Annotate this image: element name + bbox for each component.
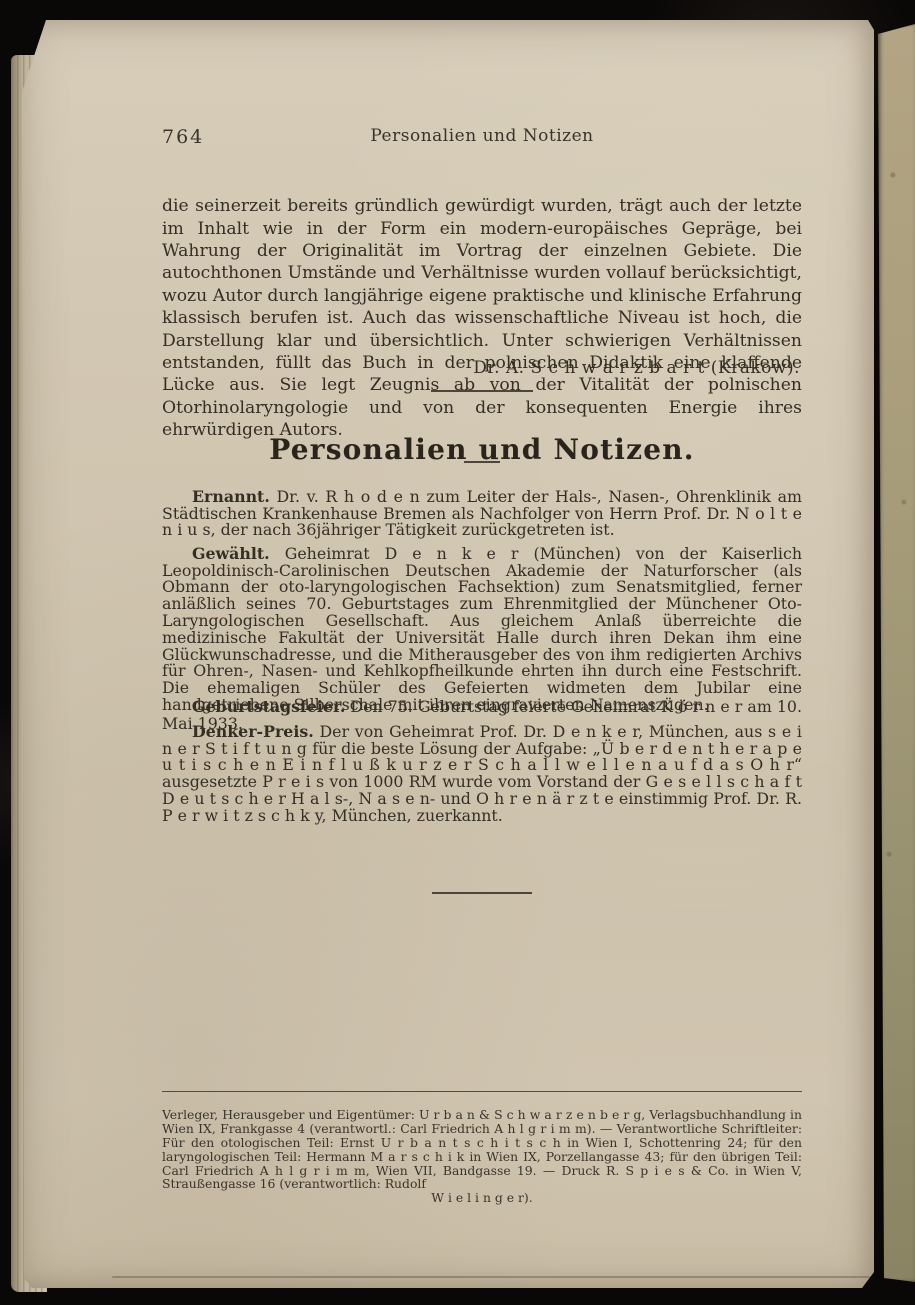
colophon-text: Verleger, Herausgeber und Eigentümer: U … <box>162 1107 802 1191</box>
review-continuation-paragraph: die seinerzeit bereits gründlich gewürdi… <box>162 195 802 441</box>
running-title: Personalien und Notizen <box>162 126 802 146</box>
book-scan: 764 Personalien und Notizen die seinerze… <box>0 0 915 1305</box>
scanned-page: 764 Personalien und Notizen die seinerze… <box>22 20 874 1288</box>
entry-gewaehlt: Gewählt. Geheimrat D e n k e r (München)… <box>162 546 802 714</box>
colophon-last-line: W i e l i n g e r). <box>162 1191 802 1205</box>
running-head: 764 Personalien und Notizen <box>162 126 802 148</box>
colophon-rule <box>162 1091 802 1092</box>
entry-denker-preis: Denker-Preis. Der von Geheimrat Prof. Dr… <box>162 724 802 825</box>
next-page-fore-edge <box>878 24 915 1282</box>
divider-below-heading <box>464 461 500 463</box>
under-sheet-edge <box>112 1276 870 1278</box>
page-number: 764 <box>162 126 204 148</box>
divider-above-heading <box>431 390 533 392</box>
end-divider <box>432 892 532 894</box>
entry-ernannt: Ernannt. Dr. v. R h o d e n zum Leiter d… <box>162 489 802 539</box>
colophon: Verleger, Herausgeber und Eigentümer: U … <box>162 1108 802 1205</box>
entry-gewaehlt-text: Geheimrat D e n k e r (München) von der … <box>162 544 802 714</box>
review-signature: Dr. A. S c h w a r z b a r t (Krakow). <box>473 358 800 378</box>
